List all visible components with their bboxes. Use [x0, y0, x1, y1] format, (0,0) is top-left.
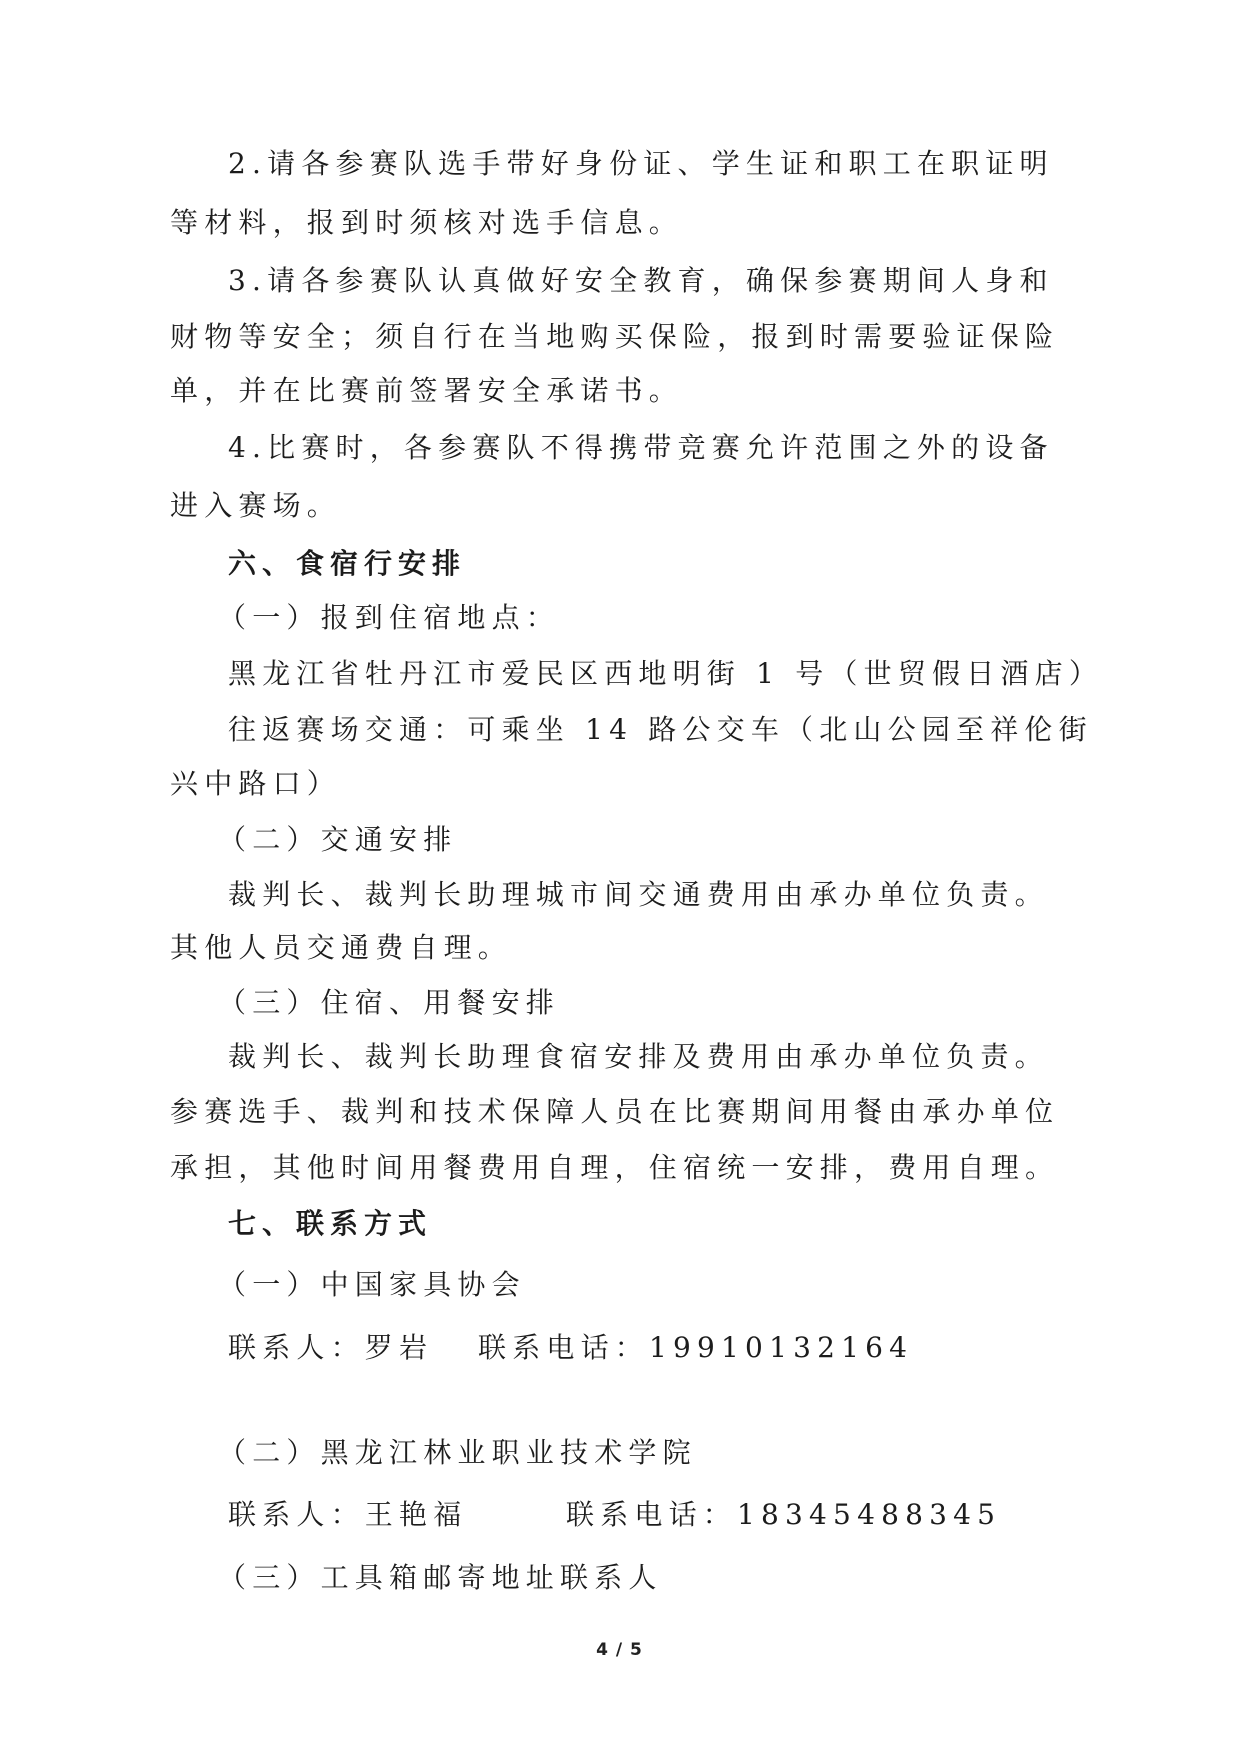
- section-6-address: 黑龙江省牡丹江市爱民区西地明街 1 号（世贸假日酒店）: [228, 656, 1103, 692]
- section-6-sub-2-line-2: 其他人员交通费自理。: [170, 930, 512, 966]
- paragraph-item-2-line-1: 2.请各参赛队选手带好身份证、学生证和职工在职证明: [228, 146, 1054, 182]
- section-6-sub-3-line-2: 参赛选手、裁判和技术保障人员在比赛期间用餐由承办单位: [170, 1094, 1059, 1130]
- paragraph-item-4-line-1: 4.比赛时，各参赛队不得携带竞赛允许范围之外的设备: [228, 430, 1054, 466]
- paragraph-item-4-line-2: 进入赛场。: [170, 488, 341, 524]
- section-6-sub-1-title: （一）报到住宿地点：: [218, 600, 560, 636]
- document-page: 2.请各参赛队选手带好身份证、学生证和职工在职证明 等材料，报到时须核对选手信息…: [0, 0, 1239, 1752]
- section-6-sub-3-title: （三）住宿、用餐安排: [218, 985, 560, 1021]
- section-6-sub-2-line-1: 裁判长、裁判长助理城市间交通费用由承办单位负责。: [228, 877, 1049, 913]
- section-6-transport-line-1: 往返赛场交通：可乘坐 14 路公交车（北山公园至祥伦街: [228, 712, 1093, 748]
- section-6-transport-line-2: 兴中路口）: [170, 766, 341, 802]
- page-number: 4 / 5: [0, 1640, 1239, 1660]
- contact-1-phone: 联系电话：19910132164: [478, 1330, 913, 1366]
- paragraph-item-3-line-2: 财物等安全；须自行在当地购买保险，报到时需要验证保险: [170, 319, 1059, 355]
- section-6-sub-3-line-3: 承担，其他时间用餐费用自理，住宿统一安排，费用自理。: [170, 1150, 1059, 1186]
- contact-1-organization: （一）中国家具协会: [218, 1267, 526, 1303]
- section-6-heading: 六、食宿行安排: [228, 546, 466, 582]
- contact-2-organization: （二）黑龙江林业职业技术学院: [218, 1435, 697, 1471]
- section-7-heading: 七、联系方式: [228, 1206, 432, 1242]
- paragraph-item-3-line-3: 单，并在比赛前签署安全承诺书。: [170, 373, 683, 409]
- section-6-sub-3-line-1: 裁判长、裁判长助理食宿安排及费用由承办单位负责。: [228, 1039, 1049, 1075]
- contact-2-person: 联系人：王艳福: [228, 1497, 467, 1533]
- paragraph-item-3-line-1: 3.请各参赛队认真做好安全教育，确保参赛期间人身和: [228, 263, 1054, 299]
- contact-2-phone: 联系电话：18345488345: [566, 1497, 1001, 1533]
- paragraph-item-2-line-2: 等材料，报到时须核对选手信息。: [170, 205, 683, 241]
- section-6-sub-2-title: （二）交通安排: [218, 822, 457, 858]
- contact-1-person: 联系人：罗岩: [228, 1330, 433, 1366]
- section-7-sub-3-title: （三）工具箱邮寄地址联系人: [218, 1560, 663, 1596]
